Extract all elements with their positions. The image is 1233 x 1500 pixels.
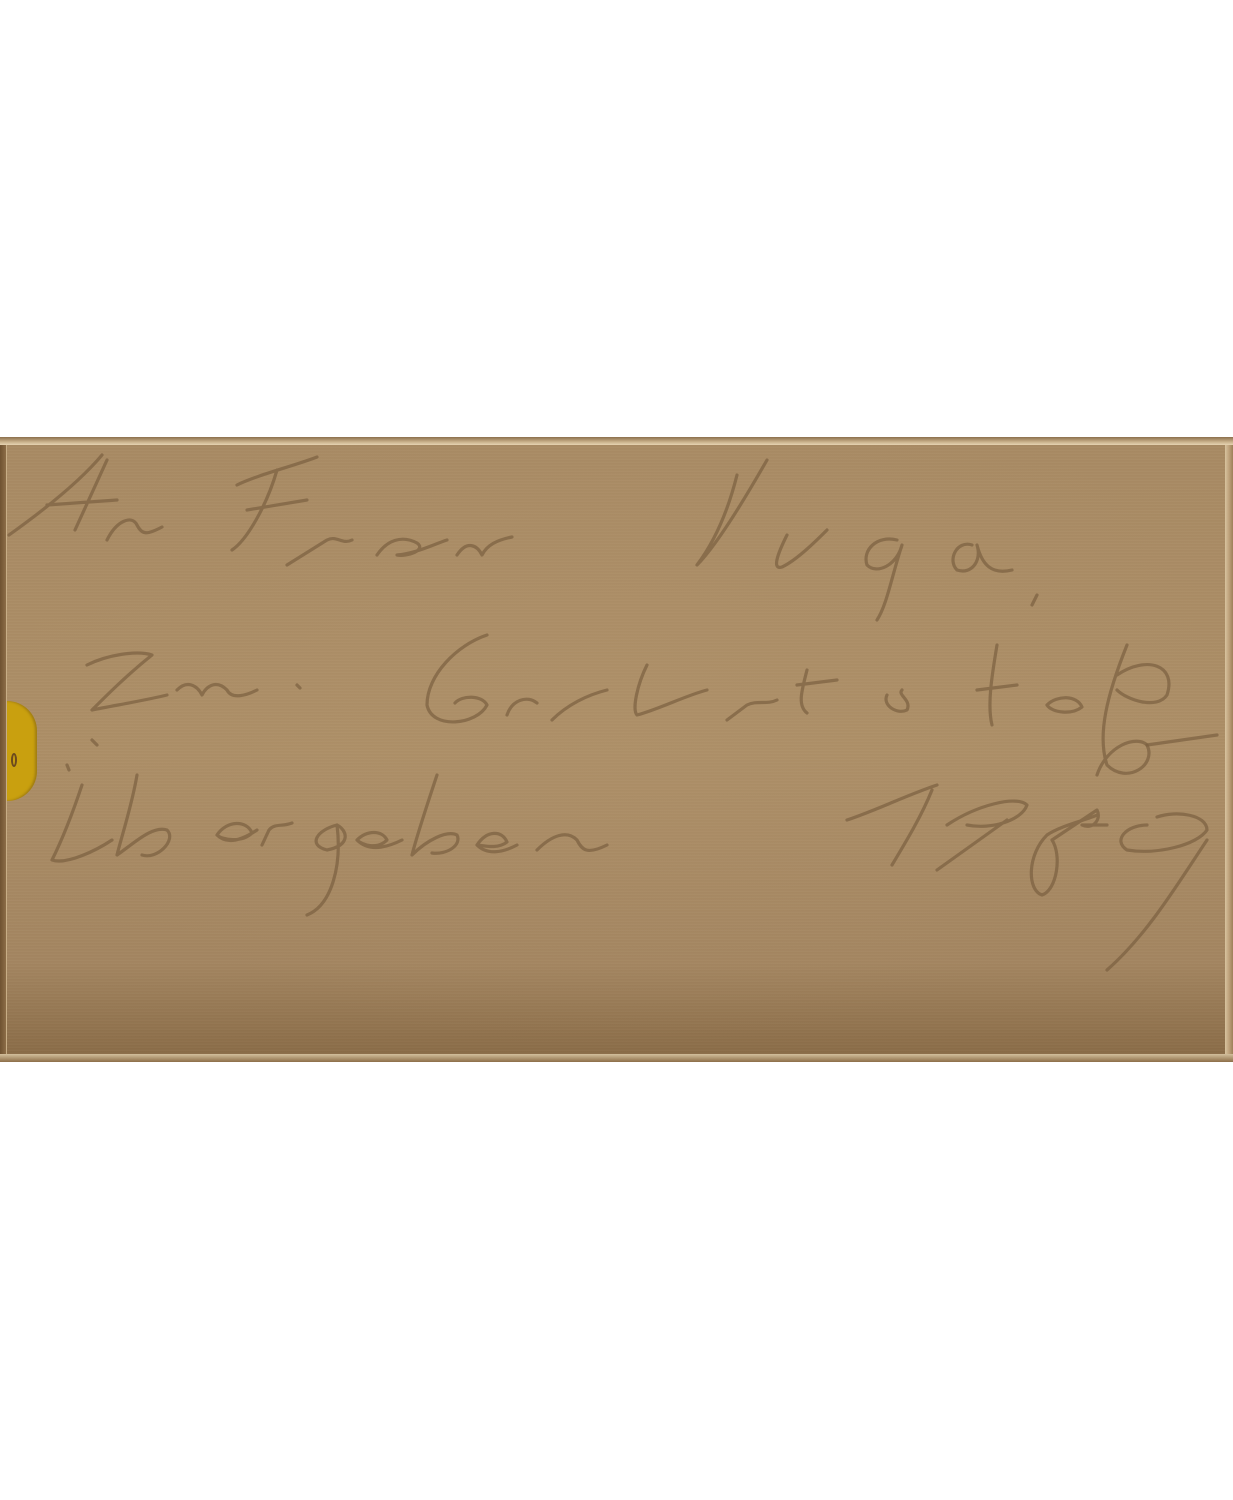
framed-card-photo: An Frau Vuga, zum Geburtstag übergeben 1… bbox=[0, 437, 1233, 1062]
frame-right-edge bbox=[1225, 445, 1233, 1054]
sticker-mark bbox=[11, 753, 17, 767]
kraft-paper: An Frau Vuga, zum Geburtstag übergeben 1… bbox=[7, 445, 1225, 1054]
yellow-sticker bbox=[7, 701, 37, 801]
pencil-handwriting bbox=[7, 445, 1225, 1054]
frame-left-edge bbox=[0, 445, 7, 1054]
frame-bottom-edge bbox=[0, 1054, 1233, 1062]
frame-top-edge bbox=[0, 437, 1233, 445]
